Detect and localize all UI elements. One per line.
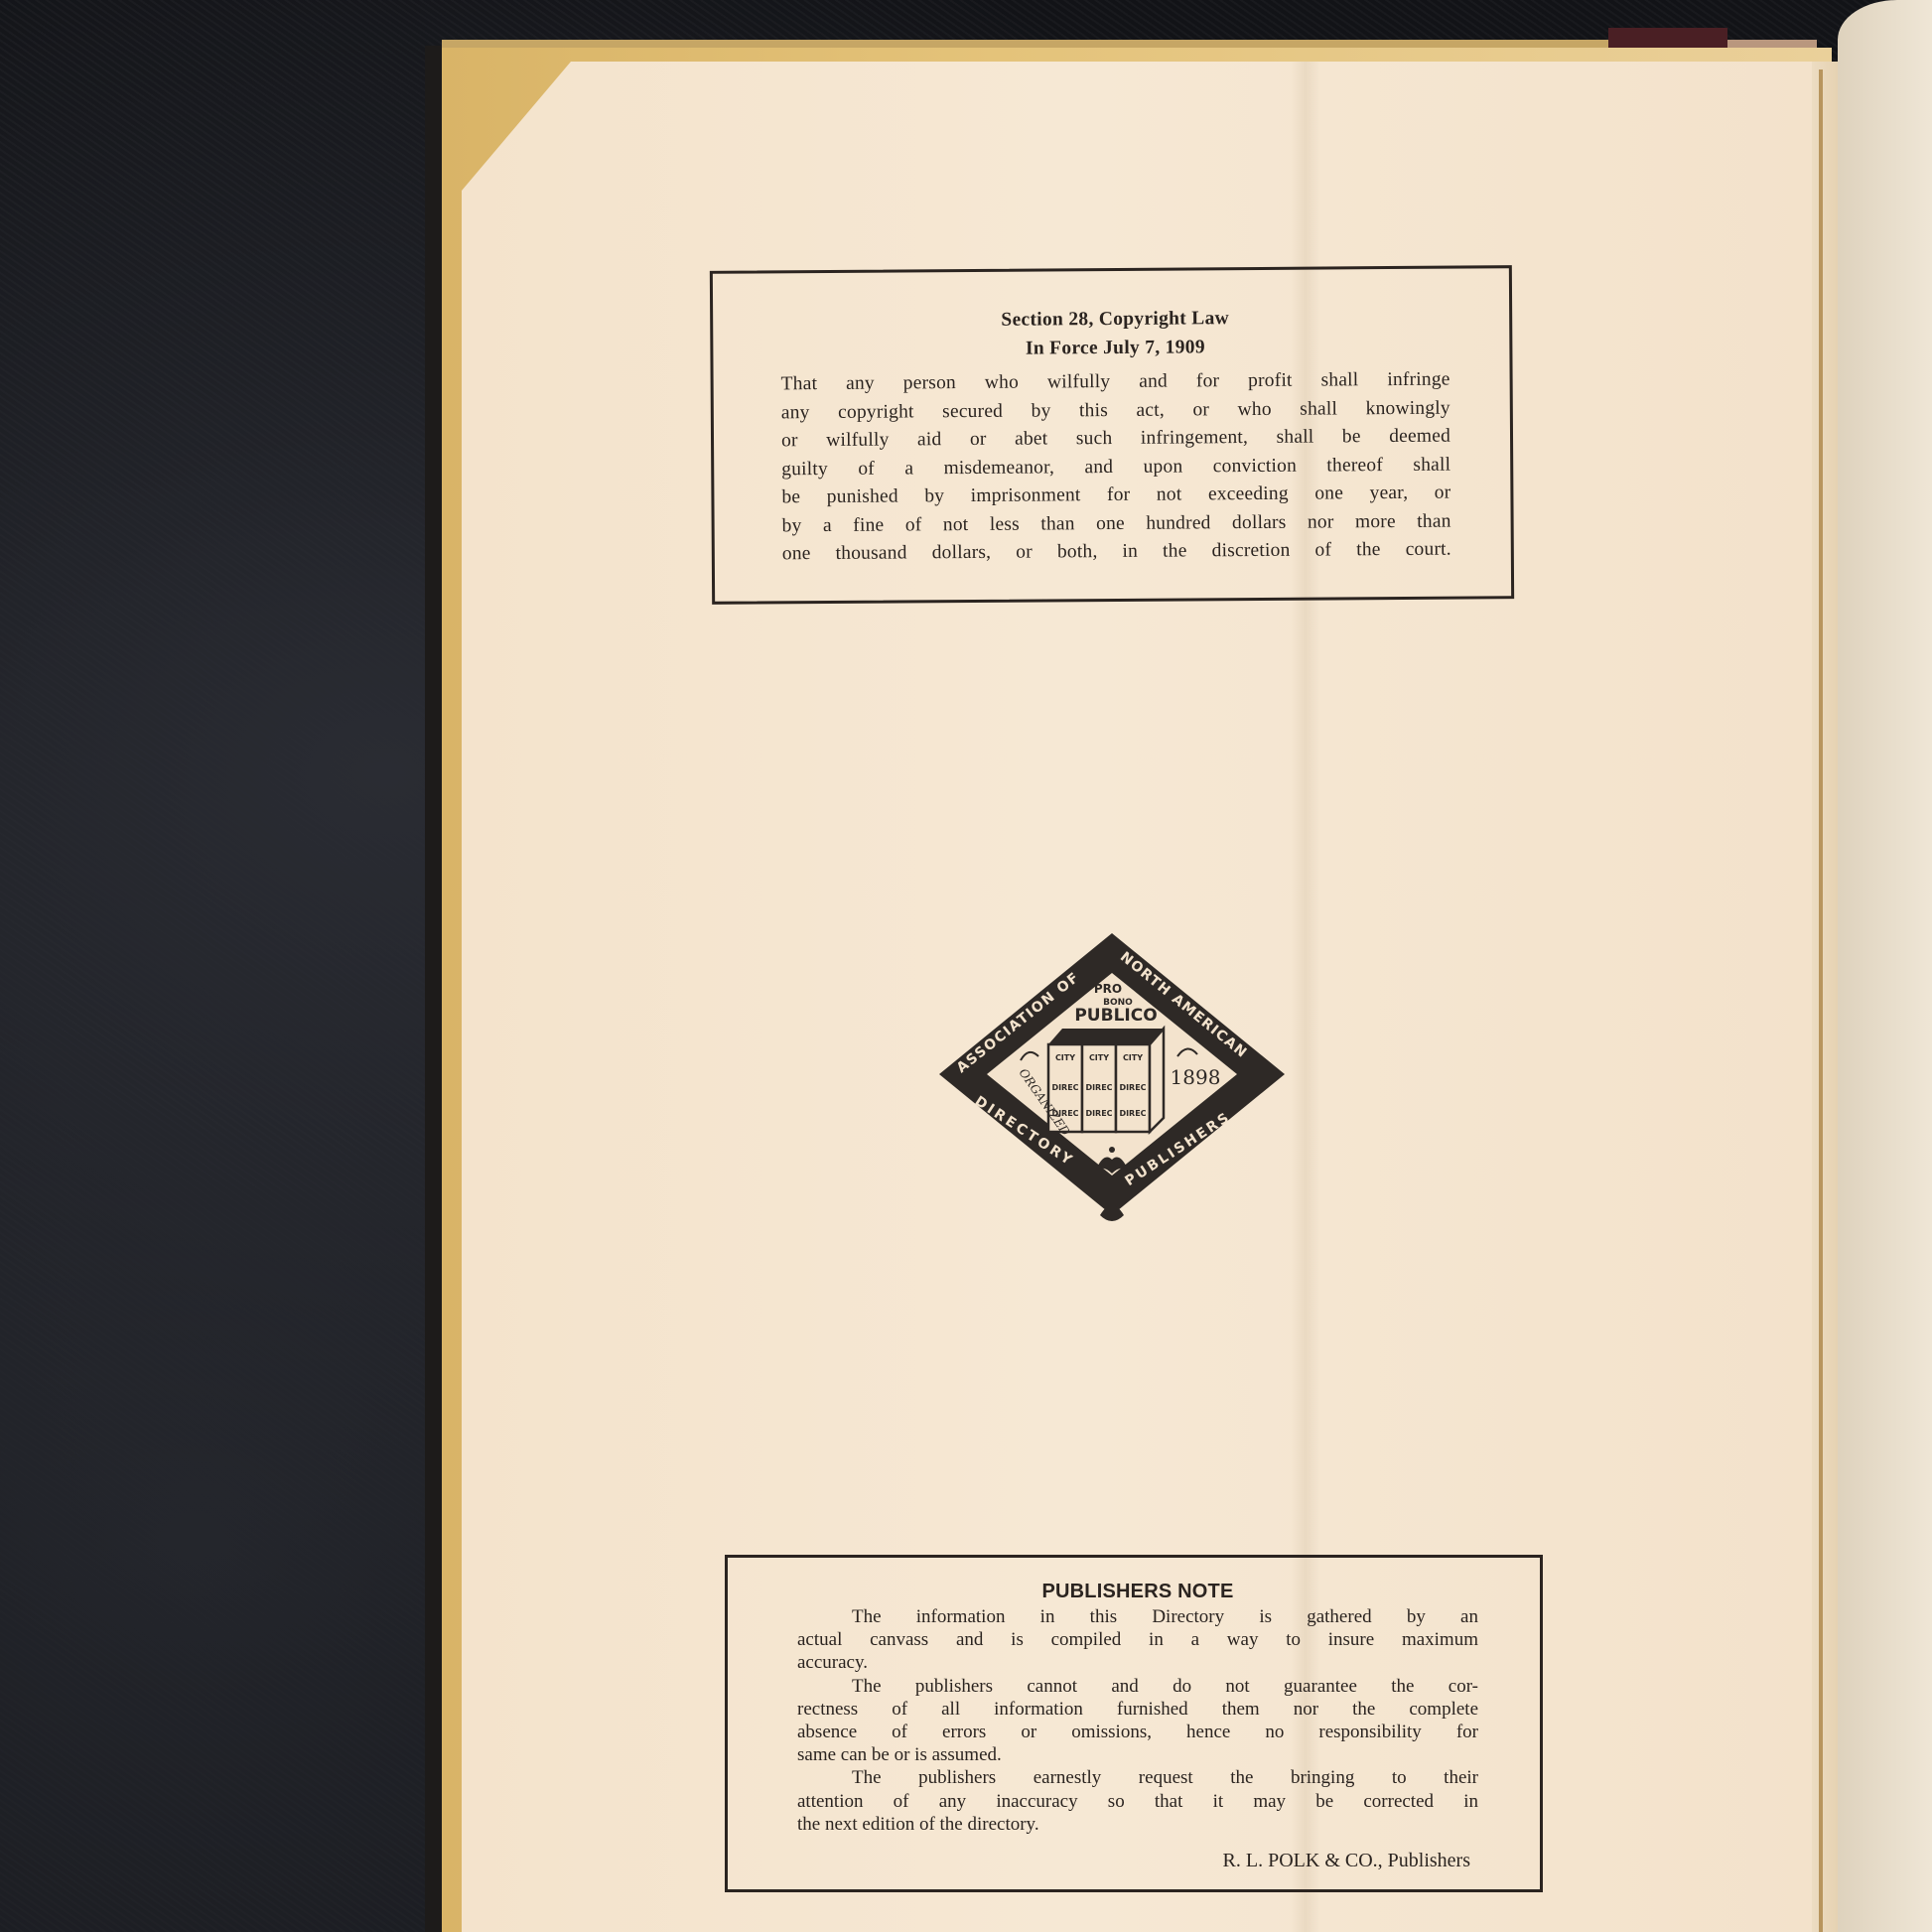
book-spine-label: DIREC	[1051, 1083, 1078, 1092]
publishers-note-body: The information in this Directory is gat…	[797, 1605, 1478, 1836]
note-line: The publishers earnestly request the bri…	[797, 1766, 1478, 1789]
copyright-body-line: be punished by imprisonment for not exce…	[781, 480, 1450, 512]
emblem-motto-pro: PRO	[1094, 982, 1122, 996]
book-spine-label: DIREC	[1085, 1083, 1112, 1092]
copyright-body: That any person who wilfully and for pro…	[781, 366, 1451, 569]
binding-line	[1819, 69, 1823, 1932]
copyright-body-line: one thousand dollars, or both, in the di…	[782, 536, 1451, 569]
note-line: The information in this Directory is gat…	[797, 1605, 1478, 1628]
note-line: the next edition of the directory.	[797, 1813, 1478, 1836]
publishers-note-box: PUBLISHERS NOTE The information in this …	[725, 1555, 1543, 1892]
note-line: attention of any inaccuracy so that it m…	[797, 1790, 1478, 1813]
note-line: accuracy.	[797, 1651, 1478, 1674]
association-emblem: ASSOCIATION OF NORTH AMERICAN DIRECTORY …	[933, 933, 1291, 1231]
copyright-body-line: That any person who wilfully and for pro…	[781, 366, 1450, 399]
directory-books-icon: CITY CITY CITY DIREC DIREC DIREC DIREC D…	[1048, 1029, 1164, 1132]
copyright-notice-box: Section 28, Copyright Law In Force July …	[710, 265, 1514, 605]
book-spine-label: CITY	[1055, 1053, 1075, 1062]
copyright-body-line: or wilfully aid or abet such infringemen…	[781, 423, 1450, 456]
facing-page	[1838, 0, 1932, 1932]
note-line: actual canvass and is compiled in a way …	[797, 1628, 1478, 1651]
book-spine-label: CITY	[1089, 1053, 1109, 1062]
note-line: same can be or is assumed.	[797, 1743, 1478, 1766]
publishers-note-title: PUBLISHERS NOTE	[797, 1578, 1478, 1605]
note-line: absence of errors or omissions, hence no…	[797, 1721, 1478, 1743]
emblem-motto-publico: PUBLICO	[1074, 1006, 1157, 1026]
note-line: rectness of all information furnished th…	[797, 1698, 1478, 1721]
book-spine-label: DIREC	[1119, 1109, 1146, 1118]
emblem-year: 1898	[1171, 1065, 1221, 1089]
note-line: The publishers cannot and do not guarant…	[797, 1675, 1478, 1698]
copyright-title-line2: In Force July 7, 1909	[780, 332, 1449, 365]
page-gutter	[1812, 62, 1838, 1932]
book-spine-label: DIREC	[1085, 1109, 1112, 1118]
book-spine-label: CITY	[1123, 1053, 1143, 1062]
publisher-signature: R. L. POLK & CO., Publishers	[797, 1850, 1478, 1872]
copyright-title-line1: Section 28, Copyright Law	[780, 303, 1449, 337]
book-spine-label: DIREC	[1119, 1083, 1146, 1092]
